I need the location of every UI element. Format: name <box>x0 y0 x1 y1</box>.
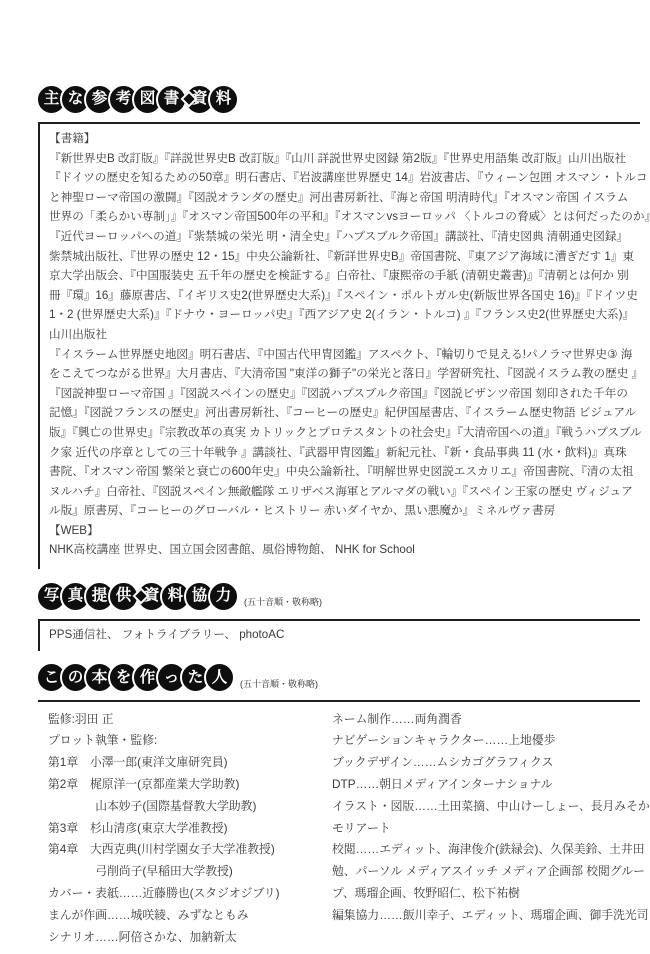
staff-divider-line <box>38 700 640 702</box>
staff-title-badges: この本を作った人 <box>38 662 235 693</box>
staff-section-title: この本を作った人 (五十音順・敬称略) <box>38 663 642 693</box>
photo-credits-title-badges: 写真提供資料協力 <box>38 581 239 612</box>
web-label: 【WEB】 <box>49 521 640 541</box>
staff-left-column: 監修:羽田 正 プロット執筆・監修: 第1章 小澤一郎(東洋文庫研究員) 第2章… <box>48 709 332 949</box>
staff-credits: 監修:羽田 正 プロット執筆・監修: 第1章 小澤一郎(東洋文庫研究員) 第2章… <box>38 709 642 949</box>
title-circle-char: 力 <box>208 581 239 612</box>
references-section-title: 主な参考図書資料 <box>38 84 642 114</box>
books-label: 【書籍】 <box>49 129 640 149</box>
photo-credits-line: PPS通信社、 フォトライブラリー、 photoAC <box>49 625 640 645</box>
books-paragraph-1: 『新世界史B 改訂版』『詳説世界史B 改訂版』『山川 詳説世界史図録 第2版』『… <box>49 149 640 345</box>
photo-credits-section-title: 写真提供資料協力 (五十音順・敬称略) <box>38 581 642 611</box>
staff-order-note: (五十音順・敬称略) <box>240 677 318 693</box>
title-circle-char: 人 <box>204 662 235 693</box>
title-circle-char: 料 <box>208 84 239 115</box>
staff-right-column: ネーム制作……両角潤香 ナビゲーションキャラクター……上地優歩 ブックデザイン…… <box>332 709 650 949</box>
books-paragraph-2: 『イスラーム世界歴史地図』明石書店、『中国古代甲冑図鑑』アスペクト、『輪切りで見… <box>49 345 640 521</box>
web-sources-line: NHK高校講座 世界史、国立国会図書館、風俗博物館、 NHK for Schoo… <box>49 540 640 560</box>
book-credits-page: 主な参考図書資料 【書籍】 『新世界史B 改訂版』『詳説世界史B 改訂版』『山川… <box>0 0 650 954</box>
references-box: 【書籍】 『新世界史B 改訂版』『詳説世界史B 改訂版』『山川 詳説世界史図録 … <box>38 122 640 569</box>
photo-credits-box: PPS通信社、 フォトライブラリー、 photoAC <box>38 619 640 651</box>
photo-credits-order-note: (五十音順・敬称略) <box>244 595 322 611</box>
